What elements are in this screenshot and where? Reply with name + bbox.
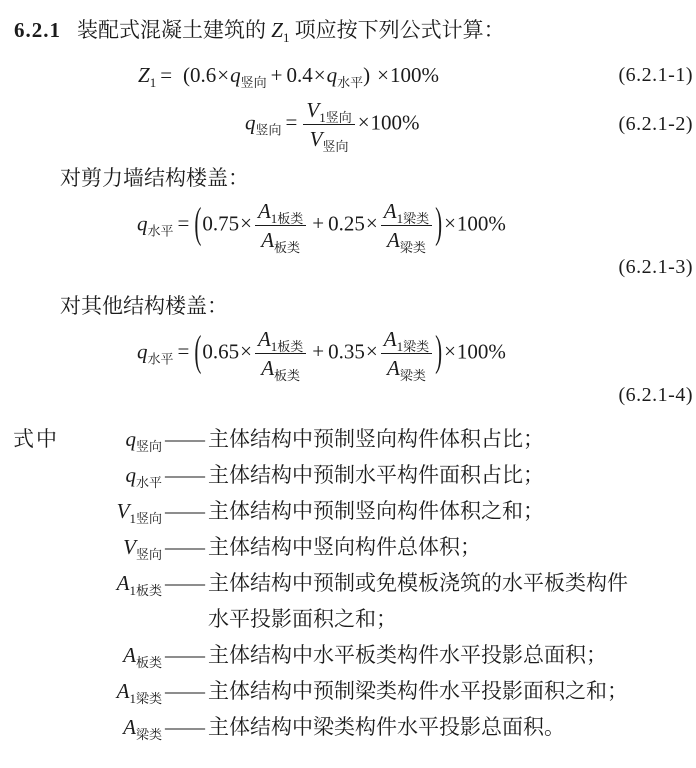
- paragraph-other-structures: 对其他结构楼盖：: [0, 291, 696, 321]
- definition-text: 主体结构中竖向构件总体积；: [208, 529, 696, 565]
- eq2-fraction: V1竖向V竖向: [303, 97, 354, 152]
- big-right-paren: ): [434, 198, 443, 249]
- symbol-var: A: [117, 679, 130, 703]
- definition-row-q-horizontal: q水平 —— 主体结构中预制水平构件面积占比；: [0, 457, 696, 493]
- equation-6-2-1-4-row: q水平=(0.65×A1板类A板类+0.35×A1梁类A梁类)×100%: [0, 326, 696, 381]
- definition-text: 主体结构中预制或免模板浇筑的水平板类构件水平投影面积之和；: [208, 565, 696, 637]
- definition-dash: ——: [162, 709, 208, 745]
- definition-row-a1-beam: A1梁类 —— 主体结构中预制梁类构件水平投影面积之和；: [0, 673, 696, 709]
- eq3-fraction2: A1梁类A梁类: [381, 198, 432, 253]
- symbol-sub: 1竖向: [129, 511, 162, 526]
- eq2-lhs-sub: 竖向: [256, 122, 282, 137]
- equals-sign: =: [156, 63, 176, 87]
- paragraph-shear-wall: 对剪力墙结构楼盖：: [0, 163, 696, 193]
- eq4-frac2-denominator: A梁类: [381, 353, 432, 381]
- definition-dash: ——: [162, 673, 208, 709]
- eq2-lhs: q: [245, 110, 256, 134]
- symbol-sub: 1板类: [129, 583, 162, 598]
- symbol-var: q: [125, 427, 136, 451]
- times-sign: ×: [365, 339, 379, 363]
- definition-line1: 主体结构中水平板类构件水平投影总面积；: [208, 637, 696, 673]
- symbol-sub: 水平: [136, 475, 162, 490]
- definition-dash: ——: [162, 565, 208, 601]
- section-title-post: 项应按下列公式计算：: [289, 18, 504, 42]
- eq3-frac1-denominator: A板类: [255, 225, 306, 253]
- definition-dash: ——: [162, 529, 208, 565]
- symbol-var: V: [117, 499, 130, 523]
- eq2-num-sub: 1竖向: [319, 110, 352, 125]
- symbol-var: A: [123, 643, 136, 667]
- eq2-den-sub: 竖向: [322, 139, 348, 154]
- eq2-number: (6.2.1-2): [619, 113, 693, 136]
- definition-line1: 主体结构中预制竖向构件体积之和；: [208, 493, 696, 529]
- eq3-f2-num-sub: 1梁类: [397, 211, 430, 226]
- definition-line1: 主体结构中预制梁类构件水平投影面积之和；: [208, 673, 696, 709]
- eq4-f2-num-sub: 1梁类: [397, 339, 430, 354]
- symbol-var: A: [123, 715, 136, 739]
- times-sign: ×: [370, 63, 390, 87]
- eq2-percent: 100%: [371, 110, 420, 134]
- symbol-definitions: 式中 q竖向 —— 主体结构中预制竖向构件体积占比； q水平 —— 主体结构中预…: [0, 421, 696, 745]
- eq3-percent: 100%: [457, 211, 506, 235]
- eq4-frac1-numerator: A1板类: [255, 326, 306, 353]
- definition-row-a-slab: A板类 —— 主体结构中水平板类构件水平投影总面积；: [0, 637, 696, 673]
- times-sign: ×: [313, 63, 327, 87]
- symbol-var: A: [117, 571, 130, 595]
- symbol: q竖向: [64, 421, 162, 457]
- times-sign: ×: [357, 110, 371, 134]
- definition-line1: 主体结构中竖向构件总体积；: [208, 529, 696, 565]
- section-number: 6.2.1: [14, 18, 61, 42]
- where-lead: 式中: [0, 421, 64, 457]
- definition-dash: ——: [162, 637, 208, 673]
- eq4-f1-num-sub: 1板类: [271, 339, 304, 354]
- eq4-fraction2: A1梁类A梁类: [381, 326, 432, 381]
- equation-6-2-1-3-row: q水平=(0.75×A1板类A板类+0.25×A1梁类A梁类)×100%: [0, 198, 696, 253]
- big-right-paren: ): [434, 326, 443, 377]
- symbol: A1板类: [64, 565, 162, 601]
- times-sign: ×: [443, 339, 457, 363]
- definition-line1: 主体结构中预制竖向构件体积占比；: [208, 421, 696, 457]
- eq1-lhs: Z: [138, 63, 150, 87]
- definition-line1: 主体结构中预制水平构件面积占比；: [208, 457, 696, 493]
- symbol-sub: 1梁类: [129, 691, 162, 706]
- definition-line1: 主体结构中梁类构件水平投影总面积。: [208, 709, 696, 745]
- eq4-f2-num-var: A: [384, 327, 397, 351]
- definition-dash: ——: [162, 457, 208, 493]
- eq3-f2-num-var: A: [384, 199, 397, 223]
- eq4-f1-num-var: A: [258, 327, 271, 351]
- times-sign: ×: [365, 211, 379, 235]
- eq4-lhs-sub: 水平: [148, 351, 174, 366]
- equation-6-2-1-2-row: q竖向=V1竖向V竖向×100% (6.2.1-2): [0, 97, 696, 152]
- eq3-fraction1: A1板类A板类: [255, 198, 306, 253]
- plus-sign: +: [308, 211, 328, 235]
- plus-sign: +: [308, 339, 328, 363]
- equation-6-2-1-4: q水平=(0.65×A1板类A板类+0.35×A1梁类A梁类)×100%: [137, 326, 506, 381]
- times-sign: ×: [239, 211, 253, 235]
- eq3-frac2-numerator: A1梁类: [381, 198, 432, 225]
- section-title-variable: Z: [271, 18, 283, 42]
- times-sign: ×: [216, 63, 230, 87]
- equals-sign: =: [174, 339, 194, 363]
- eq1-coef1: 0.6: [190, 63, 216, 87]
- definition-row-v-vertical: V竖向 —— 主体结构中竖向构件总体积；: [0, 529, 696, 565]
- eq1-var1-sub: 竖向: [241, 75, 267, 90]
- eq3-f1-den-sub: 板类: [274, 240, 300, 255]
- eq3-frac1-numerator: A1板类: [255, 198, 306, 225]
- eq1-var2-sub: 水平: [337, 75, 363, 90]
- eq3-number: (6.2.1-3): [0, 254, 696, 280]
- eq4-percent: 100%: [457, 339, 506, 363]
- times-sign: ×: [443, 211, 457, 235]
- eq3-lhs: q: [137, 211, 148, 235]
- eq2-den-var: V: [310, 127, 323, 151]
- eq4-frac2-numerator: A1梁类: [381, 326, 432, 353]
- symbol: q水平: [64, 457, 162, 493]
- symbol-sub: 竖向: [136, 547, 162, 562]
- symbol-sub: 梁类: [136, 727, 162, 742]
- definition-row-a-beam: A梁类 —— 主体结构中梁类构件水平投影总面积。: [0, 709, 696, 745]
- eq3-f2-den-var: A: [387, 228, 400, 252]
- symbol: V1竖向: [64, 493, 162, 529]
- definition-text: 主体结构中预制水平构件面积占比；: [208, 457, 696, 493]
- eq1-percent: 100%: [390, 63, 439, 87]
- symbol: V竖向: [64, 529, 162, 565]
- section-title-pre: 装配式混凝土建筑的: [77, 18, 271, 42]
- equals-sign: =: [174, 211, 194, 235]
- eq1-number: (6.2.1-1): [619, 60, 693, 90]
- eq3-f1-num-sub: 1板类: [271, 211, 304, 226]
- eq4-f1-den-sub: 板类: [274, 368, 300, 383]
- eq4-f2-den-var: A: [387, 356, 400, 380]
- eq4-frac1-denominator: A板类: [255, 353, 306, 381]
- eq3-f1-den-var: A: [261, 228, 274, 252]
- equation-6-2-1-1-row: Z1=(0.6×q竖向+0.4×q水平)×100% (6.2.1-1): [0, 60, 696, 90]
- times-sign: ×: [239, 339, 253, 363]
- eq4-fraction1: A1板类A板类: [255, 326, 306, 381]
- definition-text: 主体结构中水平板类构件水平投影总面积；: [208, 637, 696, 673]
- eq3-frac2-denominator: A梁类: [381, 225, 432, 253]
- eq3-f1-num-var: A: [258, 199, 271, 223]
- symbol-var: q: [125, 463, 136, 487]
- symbol-var: V: [123, 535, 136, 559]
- eq2-numerator: V1竖向: [303, 97, 354, 124]
- plus-sign: +: [267, 63, 287, 87]
- eq4-number: (6.2.1-4): [0, 382, 696, 408]
- document-page: 6.2.1装配式混凝土建筑的 Z1 项应按下列公式计算： Z1=(0.6×q竖向…: [0, 0, 696, 768]
- symbol-sub: 竖向: [136, 439, 162, 454]
- equation-6-2-1-1: Z1=(0.6×q竖向+0.4×q水平)×100%: [138, 60, 439, 90]
- equals-sign: =: [282, 110, 302, 134]
- eq2-denominator: V竖向: [303, 124, 354, 152]
- symbol: A板类: [64, 637, 162, 673]
- symbol: A1梁类: [64, 673, 162, 709]
- symbol-sub: 板类: [136, 655, 162, 670]
- definition-text: 主体结构中预制竖向构件体积占比；: [208, 421, 696, 457]
- definition-text: 主体结构中预制竖向构件体积之和；: [208, 493, 696, 529]
- big-left-paren: (: [193, 326, 202, 377]
- eq4-f2-den-sub: 梁类: [400, 368, 426, 383]
- definition-row-v1-vertical: V1竖向 —— 主体结构中预制竖向构件体积之和；: [0, 493, 696, 529]
- big-left-paren: (: [193, 198, 202, 249]
- eq1-coef2: 0.4: [286, 63, 312, 87]
- eq4-f1-den-var: A: [261, 356, 274, 380]
- eq1-var1: q: [230, 63, 241, 87]
- definition-line1: 主体结构中预制或免模板浇筑的水平板类构件: [208, 565, 696, 601]
- equation-6-2-1-3: q水平=(0.75×A1板类A板类+0.25×A1梁类A梁类)×100%: [137, 198, 506, 253]
- definition-dash: ——: [162, 421, 208, 457]
- eq2-num-var: V: [306, 98, 319, 122]
- definition-row-a1-slab: A1板类 —— 主体结构中预制或免模板浇筑的水平板类构件水平投影面积之和；: [0, 565, 696, 637]
- definition-text: 主体结构中预制梁类构件水平投影面积之和；: [208, 673, 696, 709]
- eq4-coef1: 0.65: [202, 339, 239, 363]
- eq1-var2: q: [327, 63, 338, 87]
- eq3-coef2: 0.25: [328, 211, 365, 235]
- equation-6-2-1-2: q竖向=V1竖向V竖向×100%: [245, 97, 420, 152]
- definition-line2: 水平投影面积之和；: [208, 601, 696, 637]
- eq3-f2-den-sub: 梁类: [400, 240, 426, 255]
- eq4-lhs: q: [137, 339, 148, 363]
- eq3-lhs-sub: 水平: [148, 223, 174, 238]
- eq4-coef2: 0.35: [328, 339, 365, 363]
- eq3-coef1: 0.75: [202, 211, 239, 235]
- left-paren: (: [176, 63, 190, 87]
- section-heading: 6.2.1装配式混凝土建筑的 Z1 项应按下列公式计算：: [0, 15, 696, 45]
- definition-text: 主体结构中梁类构件水平投影总面积。: [208, 709, 696, 745]
- symbol: A梁类: [64, 709, 162, 745]
- definition-row-q-vertical: 式中 q竖向 —— 主体结构中预制竖向构件体积占比；: [0, 421, 696, 457]
- definition-dash: ——: [162, 493, 208, 529]
